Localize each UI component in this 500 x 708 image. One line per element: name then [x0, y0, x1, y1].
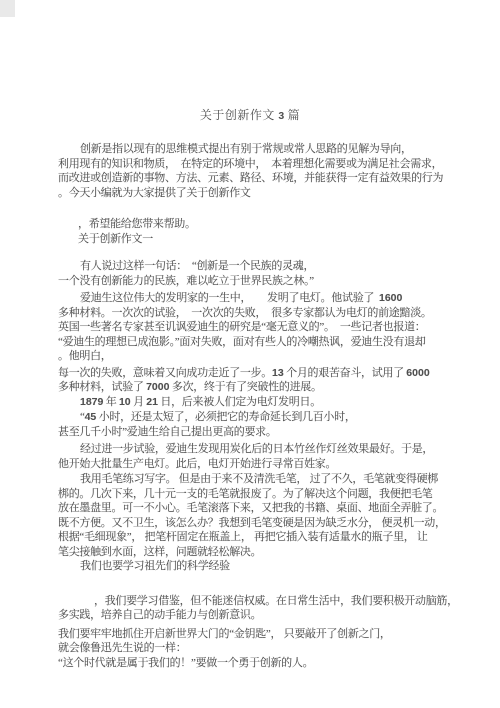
text-line: “45 小时，还是太短了，必须把它的寿命延长到几百小时， [58, 410, 442, 425]
text-line: 放在墨盘里。可一不小心。毛笔滚落下来，又把我的书籍、桌面、地面全弄脏了。 [58, 501, 442, 516]
text-line: 有人说过这样一句话： “创新是一个民族的灵魂， [58, 259, 442, 274]
text-line: 多种材料。一次次的试验， 一次次的失败， 很多专家都认为电灯的前途黯淡。 [58, 306, 442, 321]
text-line: 一个没有创新能力的民族，难以屹立于世界民族之林。” [58, 274, 442, 289]
text-run: 放在墨盘里。可一不小心。毛笔滚落下来，又把我的书籍、桌面、地面全弄脏了。 [58, 502, 443, 514]
text-run: 而改进或创造新的事物、方法、元素、路径、环境，并能获得一定有益效果的行为 [58, 172, 443, 184]
text-run: 小时，还是太短了，必须把它的寿命延长到几百小时， [96, 411, 355, 423]
text-line: ，希望能给您带来帮助。 [58, 217, 442, 232]
text-line: 创新是指以现有的思维模式提出有别于常规或常人思路的见解为导向， [58, 142, 442, 157]
text-run: 我们要牢牢地抓住开启新世界大门的“金钥匙”， 只要敲开了创新之门， [58, 628, 391, 640]
text-run: 创新是指以现有的思维模式提出有别于常规或常人思路的见解为导向， [80, 143, 412, 155]
bold-number: 10 [119, 396, 131, 408]
text-line: 每一次的失败，意味着又向成功走近了一步。13 个月的艰苦奋斗，试用了 6000 [58, 366, 442, 381]
bold-number: 21 [146, 396, 158, 408]
text-line: 爱迪生这位伟大的发明家的一生中， 发明了电灯。他试验了 1600 [58, 291, 442, 306]
text-run: 每一次的失败，意味着又向成功走近了一步。 [58, 367, 272, 379]
text-line: “爱迪生的理想已成泡影。”面对失败，面对有些人的冷嘲热讽，爱迪生没有退却 [58, 335, 442, 350]
text-run: 笔尖接触到水面，这样，问题就轻松解决。 [58, 546, 261, 558]
text-run: 篇 [284, 108, 300, 122]
text-line: 英国一些著名专家甚至讥讽爱迪生的研究是“毫无意义的”。 一些记者也报道： [58, 320, 442, 335]
text-run: 日，后来被人们定为电灯发明日。 [158, 396, 321, 408]
text-body: 创新是指以现有的思维模式提出有别于常规或常人思路的见解为导向，利用现有的知识和物… [58, 142, 442, 670]
bold-number: 7000 [146, 381, 169, 393]
text-run: “这个时代就是属于我们的！”要做一个勇于创新的人。 [58, 657, 313, 669]
text-line: 根据“毛细现象”， 把笔杆固定在瓶盖上， 再把它插入装有适量水的瓶子里， 让 [58, 530, 442, 545]
text-line: 就会像鲁迅先生说的一样： [58, 641, 442, 656]
bold-number: 1600 [379, 292, 402, 304]
text-line: 。今天小编就为大家提供了关于创新作文 [58, 186, 442, 201]
text-run: 梆的。几次下来，几十元一支的毛笔就报废了。为了解决这个问题，我便把毛笔 [58, 488, 433, 500]
text-run: 就会像鲁迅先生说的一样： [58, 642, 186, 654]
text-run: ，希望能给您带来帮助。 [78, 218, 196, 230]
document-page: 关于创新作文 3 篇 创新是指以现有的思维模式提出有别于常规或常人思路的见解为导… [0, 0, 500, 708]
text-run: 有人说过这样一句话： “创新是一个民族的灵魂， [80, 260, 314, 272]
text-line: 我们也要学习祖先们的科学经验 [58, 559, 442, 574]
bold-number: 1879 [80, 396, 103, 408]
text-run: 爱迪生这位伟大的发明家的一生中， 发明了电灯。他试验了 [80, 292, 379, 304]
text-run: 他开始大批量生产电灯。此后，电灯开始进行寻常百姓家。 [58, 458, 336, 470]
text-run: 。今天小编就为大家提供了关于创新作文 [58, 187, 251, 199]
text-run: 多种材料。一次次的试验， 一次次的失败， 很多专家都认为电灯的前途黯淡。 [58, 307, 432, 319]
text-run: 多次，终于有了突破性的进展。 [169, 381, 321, 393]
text-run: 关于创新作文 [200, 108, 279, 122]
text-line: 利用现有的知识和物质， 在特定的环境中， 本着理想化需要或为满足社会需求， [58, 157, 442, 172]
text-run: 利用现有的知识和物质， 在特定的环境中， 本着理想化需要或为满足社会需求， [58, 158, 442, 170]
corner-mark [0, 0, 15, 17]
text-run: 多种材料，试验了 [58, 381, 146, 393]
text-line: 我们要牢牢地抓住开启新世界大门的“金钥匙”， 只要敲开了创新之门， [58, 627, 442, 642]
text-line: 他开始大批量生产电灯。此后，电灯开始进行寻常百姓家。 [58, 457, 442, 472]
text-run: 。他明白， [58, 350, 112, 362]
text-line: 甚至几千小时”爱迪生给自己提出更高的要求。 [58, 425, 442, 440]
text-run: 多实践，培养自己的动手能力与创新意识。 [58, 609, 261, 621]
text-run: ，我们要学习借鉴，但不能迷信权威。在日常生活中，我们要积极开动脑筋， [94, 595, 458, 607]
text-run: 我用毛笔练习写字。 但是由于来不及清洗毛笔， 过了不久，毛笔就变得硬梆 [80, 473, 438, 485]
bold-number: 6000 [406, 367, 429, 379]
text-line: 。他明白， [58, 349, 442, 364]
text-run: 一个没有创新能力的民族，难以屹立于世界民族之林。” [58, 275, 314, 287]
text-run: “爱迪生的理想已成泡影。”面对失败，面对有些人的冷嘲热讽，爱迪生没有退却 [58, 336, 425, 348]
text-line: 笔尖接触到水面，这样，问题就轻松解决。 [58, 545, 442, 560]
text-line: “这个时代就是属于我们的！”要做一个勇于创新的人。 [58, 656, 442, 671]
text-line: 1879 年 10 月 21 日，后来被人们定为电灯发明日。 [58, 395, 442, 410]
text-line: 而改进或创造新的事物、方法、元素、路径、环境，并能获得一定有益效果的行为 [58, 171, 442, 186]
text-line: 多种材料，试验了 7000 多次，终于有了突破性的进展。 [58, 380, 442, 395]
text-run: 关于创新作文一 [78, 233, 153, 245]
bold-number: 45 [85, 411, 97, 423]
bold-number: 13 [272, 367, 284, 379]
text-run: 我们也要学习祖先们的科学经验 [80, 560, 230, 572]
text-run: 经过进一步试验，爱迪生发现用炭化后的日本竹丝作灯丝效果最好。于是， [80, 443, 433, 455]
text-line: 既不方便。又不卫生，该怎么办？我想到毛笔变硬是因为缺乏水分， 便灵机一动， [58, 516, 442, 531]
text-run: 月 [131, 396, 147, 408]
text-line: 关于创新作文一 [58, 232, 442, 247]
text-run: 年 [103, 396, 119, 408]
text-line: 多实践，培养自己的动手能力与创新意识。 [58, 608, 442, 623]
text-line: 梆的。几次下来，几十元一支的毛笔就报废了。为了解决这个问题，我便把毛笔 [58, 487, 442, 502]
text-line: ，我们要学习借鉴，但不能迷信权威。在日常生活中，我们要积极开动脑筋， [58, 594, 442, 609]
text-line: 我用毛笔练习写字。 但是由于来不及清洗毛笔， 过了不久，毛笔就变得硬梆 [58, 472, 442, 487]
text-run: 个月的艰苦奋斗，试用了 [284, 367, 407, 379]
text-run: 根据“毛细现象”， 把笔杆固定在瓶盖上， 再把它插入装有适量水的瓶子里， 让 [58, 531, 428, 543]
text-run: 甚至几千小时”爱迪生给自己提出更高的要求。 [58, 426, 277, 438]
page-title: 关于创新作文 3 篇 [0, 106, 500, 123]
text-run: 英国一些著名专家甚至讥讽爱迪生的研究是“毫无意义的”。 一些记者也报道： [58, 321, 425, 333]
text-line: 经过进一步试验，爱迪生发现用炭化后的日本竹丝作灯丝效果最好。于是， [58, 442, 442, 457]
text-run: 既不方便。又不卫生，该怎么办？我想到毛笔变硬是因为缺乏水分， 便灵机一动， [58, 517, 446, 529]
